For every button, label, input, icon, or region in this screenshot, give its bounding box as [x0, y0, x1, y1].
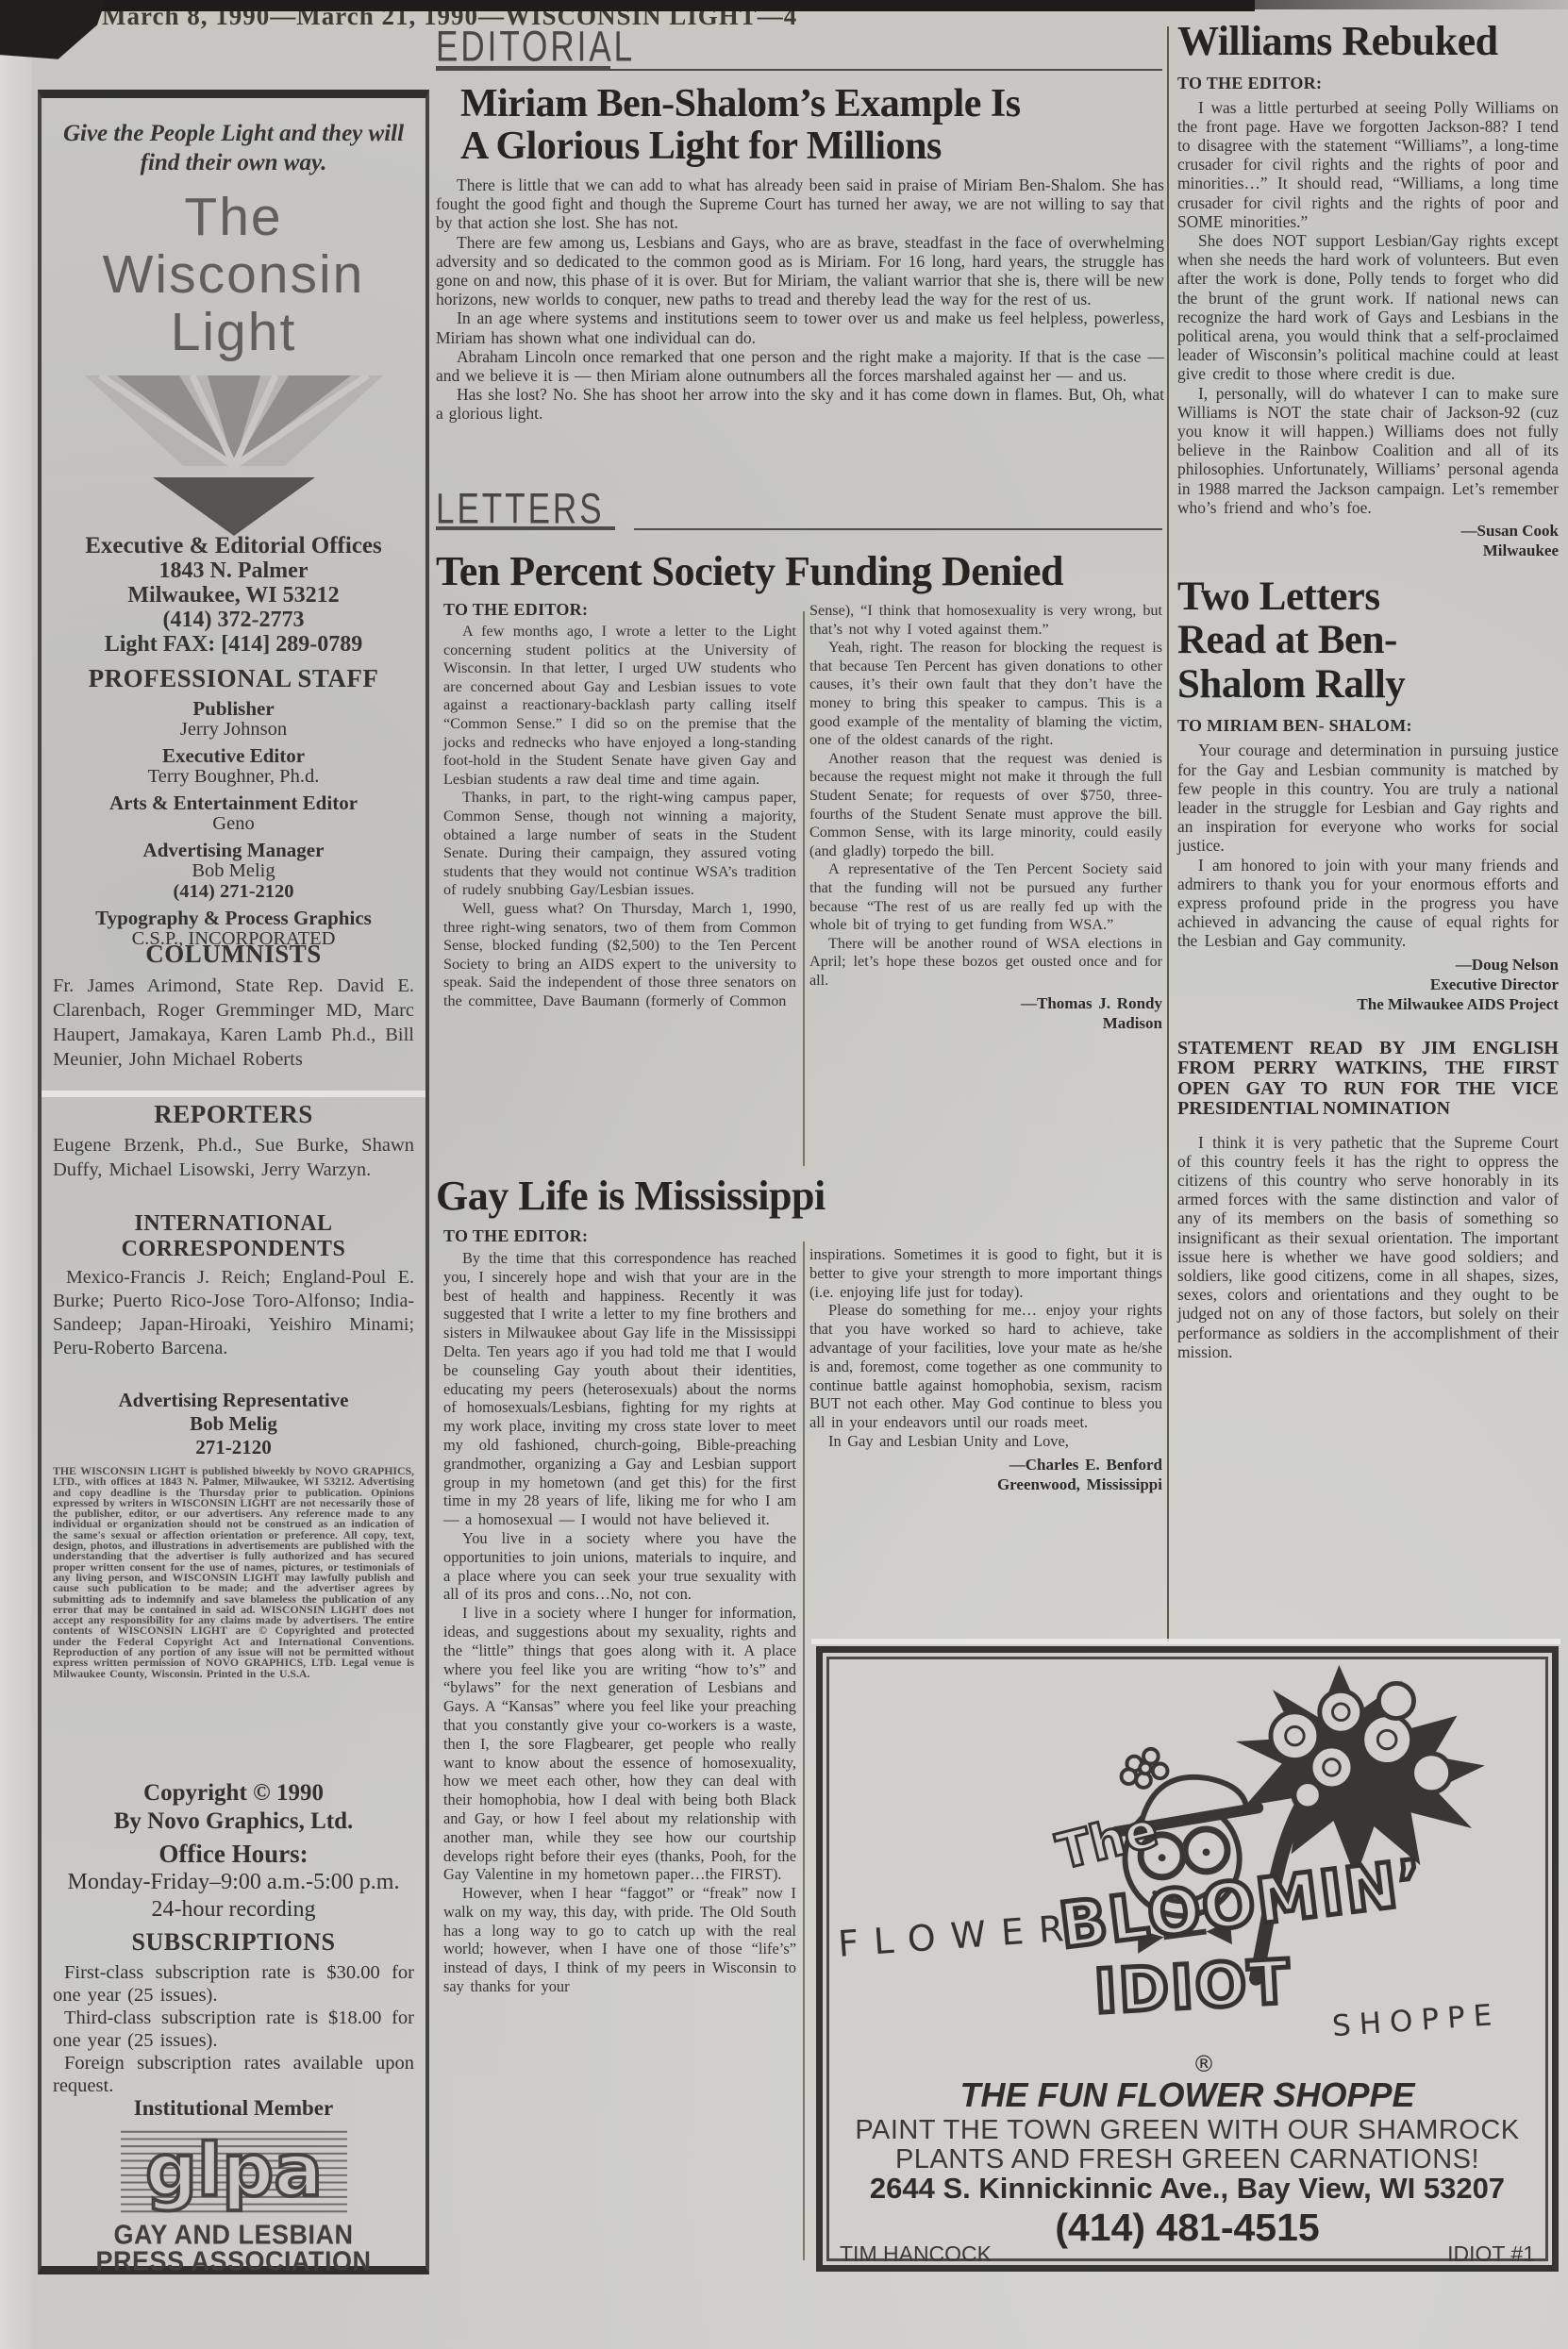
letter-signature: —Thomas J. Rondy	[809, 993, 1162, 1013]
column-divider-gaylife	[803, 1241, 805, 2260]
two-letters-salutation: TO MIRIAM BEN- SHALOM:	[1177, 716, 1559, 736]
ad-credit-left: TIM HANCOCK	[840, 2241, 992, 2267]
letter-paragraph: Please do something for me… enjoy your r…	[809, 1301, 1162, 1432]
gay-life-headline: Gay Life is Mississippi	[436, 1174, 826, 1219]
subscriptions-title: SUBSCRIPTIONS	[53, 1928, 414, 1957]
ten-percent-headline: Ten Percent Society Funding Denied	[436, 549, 1063, 594]
subscription-item: Third-class subscription rate is $18.00 …	[53, 2007, 414, 2052]
editorial-paragraph: There is little that we can add to what …	[436, 175, 1164, 233]
columnists-title: COLUMNISTS	[53, 940, 414, 968]
letter-paragraph: You live in a society where you have the…	[443, 1529, 796, 1604]
letter-signature: —Doug Nelson	[1177, 955, 1559, 975]
international-block: INTERNATIONAL CORRESPONDENTS Mexico-Fran…	[53, 1211, 414, 1360]
editorial-headline: Miriam Ben-Shalom’s Example Is A Gloriou…	[460, 83, 1021, 169]
publication-fine-print: THE WISCONSIN LIGHT is published biweekl…	[53, 1466, 414, 1679]
masthead-motto: Give the People Light and they will find…	[53, 119, 414, 177]
letter-signature-place: Milwaukee	[1177, 541, 1559, 560]
letter-paragraph: However, when I hear “faggot” or “freak”…	[443, 1884, 796, 1996]
bloomin-idiot-ad: The BLOOMIN’ IDIOT FLOWER SHOPPE ® THE F…	[816, 1646, 1559, 2272]
letter-paragraph: A few months ago, I wrote a letter to th…	[443, 623, 796, 789]
letters-rule-thin	[634, 528, 1162, 530]
wisconsin-light-logo-icon	[53, 375, 414, 541]
professional-staff-block: PROFESSIONAL STAFF Publisher Jerry Johns…	[53, 664, 414, 955]
letters-rule-thick	[436, 526, 615, 530]
editorial-paragraph: Has she lost? No. She has shoot her arro…	[436, 385, 1164, 423]
letter-paragraph: I am honored to join with your many frie…	[1177, 856, 1559, 951]
paper-crease	[42, 1091, 425, 1097]
letter-signature: —Charles E. Benford	[809, 1455, 1162, 1474]
staff-role: Arts & Entertainment Editor	[53, 792, 414, 813]
subscription-rates: First-class subscription rate is $30.00 …	[53, 1961, 414, 2097]
reporters-title: REPORTERS	[53, 1100, 414, 1128]
letter-paragraph: By the time that this correspondence has…	[443, 1249, 796, 1529]
office-hours-block: Office Hours: Monday-Friday–9:00 a.m.-5:…	[53, 1840, 414, 1924]
staff-role: Publisher	[53, 698, 414, 719]
editorial-body: There is little that we can add to what …	[436, 175, 1164, 424]
scan-top-edge-fade	[1255, 0, 1568, 9]
columnists-names: Fr. James Arimond, State Rep. David E. C…	[53, 974, 414, 1072]
ad-address: 2644 S. Kinnickinnic Ave., Bay View, WI …	[823, 2172, 1552, 2206]
reporters-block: REPORTERS Eugene Brzenk, Ph.d., Sue Burk…	[53, 1100, 414, 1182]
staff-entry: Publisher Jerry Johnson	[53, 698, 414, 740]
letter-signature-title: Executive Director	[1177, 975, 1559, 994]
copyright-line2: By Novo Graphics, Ltd.	[53, 1808, 414, 1836]
reporters-names: Eugene Brzenk, Ph.d., Sue Burke, Shawn D…	[53, 1133, 414, 1182]
letter-signature: —Susan Cook	[1177, 521, 1559, 541]
offices-block: Executive & Editorial Offices 1843 N. Pa…	[53, 534, 414, 657]
editorial-paragraph: In an age where systems and institutions…	[436, 308, 1164, 346]
williams-salutation: TO THE EDITOR:	[1177, 74, 1559, 93]
right-column: Williams Rebuked TO THE EDITOR: I was a …	[1177, 19, 1559, 1361]
wordmark-line: Light	[53, 304, 414, 361]
subscription-item: Foreign subscription rates available upo…	[53, 2052, 414, 2097]
office-hours-line2: 24-hour recording	[53, 1896, 414, 1924]
statement-body: I think it is very pathetic that the Sup…	[1177, 1133, 1559, 1361]
letter-signature-org: The Milwaukee AIDS Project	[1177, 994, 1559, 1014]
glpa-org-line2: PRESS ASSOCIATION	[53, 2247, 414, 2274]
two-letters-headline-line: Two Letters	[1177, 575, 1559, 619]
statement-heading: STATEMENT READ BY JIM ENGLISH FROM PERRY…	[1177, 1039, 1559, 1120]
editorial-headline-line1: Miriam Ben-Shalom’s Example Is	[460, 83, 1021, 125]
copyright-line1: Copyright © 1990	[53, 1779, 414, 1808]
international-title1: INTERNATIONAL	[53, 1211, 414, 1237]
staff-entry: Arts & Entertainment Editor Geno	[53, 792, 414, 834]
newspaper-page: March 8, 1990—March 21, 1990—WISCONSIN L…	[0, 0, 1568, 2349]
wisconsin-light-wordmark: The Wisconsin Light	[53, 189, 414, 361]
letter-paragraph: Well, guess what? On Thursday, March 1, …	[443, 900, 796, 1011]
letter-paragraph: I was a little perturbed at seeing Polly…	[1177, 98, 1559, 231]
glpa-org-line1: GAY AND LESBIAN	[53, 2221, 414, 2248]
gay-life-column2: inspirations. Sometimes it is good to fi…	[809, 1245, 1162, 1494]
scan-corner-artifact	[0, 0, 106, 62]
scan-top-edge	[0, 0, 1255, 11]
international-names: Mexico-Francis J. Reich; England-Poul E.…	[53, 1266, 414, 1360]
glpa-logo-text: glpa	[144, 2129, 322, 2213]
ad-rep-phone: 271-2120	[53, 1436, 414, 1459]
gay-life-salutation: TO THE EDITOR:	[443, 1226, 588, 1246]
gay-life-column1: By the time that this correspondence has…	[443, 1249, 796, 1996]
letter-paragraph: Sense), “I think that homosexuality is v…	[809, 602, 1162, 639]
letter-paragraph: I, personally, will do whatever I can to…	[1177, 384, 1559, 517]
staff-role: Typography & Process Graphics	[53, 908, 414, 928]
williams-body: I was a little perturbed at seeing Polly…	[1177, 98, 1559, 517]
column-divider-letters	[803, 611, 805, 1166]
subscriptions-block: SUBSCRIPTIONS First-class subscription r…	[53, 1928, 414, 2097]
ad-tagline: THE FUN FLOWER SHOPPE	[823, 2075, 1552, 2115]
staff-entry: Advertising Manager Bob Melig (414) 271-…	[53, 840, 414, 902]
wordmark-line: The	[53, 189, 414, 246]
letter-signature-place: Greenwood, Mississippi	[809, 1474, 1162, 1494]
editorial-rule-thin	[436, 69, 1162, 71]
institutional-member-label: Institutional Member	[53, 2096, 414, 2121]
staff-name: Jerry Johnson	[53, 719, 414, 740]
williams-headline: Williams Rebuked	[1177, 19, 1559, 64]
letter-paragraph: In Gay and Lesbian Unity and Love,	[809, 1432, 1162, 1451]
editorial-headline-line2: A Glorious Light for Millions	[460, 125, 1021, 168]
letter-paragraph: I live in a society where I hunger for i…	[443, 1604, 796, 1884]
offices-phone: (414) 372-2773	[53, 608, 414, 632]
ad-credit-right: IDIOT #1	[1447, 2241, 1535, 2267]
columnists-block: COLUMNISTS Fr. James Arimond, State Rep.…	[53, 940, 414, 1072]
letter-paragraph: A representative of the Ten Percent Soci…	[809, 860, 1162, 934]
scan-left-margin	[0, 0, 32, 2349]
letter-paragraph: Thanks, in part, to the right-wing campu…	[443, 789, 796, 900]
ten-percent-column2: Sense), “I think that homosexuality is v…	[809, 602, 1162, 1033]
staff-title: PROFESSIONAL STAFF	[53, 664, 414, 692]
letter-signature-place: Madison	[809, 1013, 1162, 1033]
staff-phone: (414) 271-2120	[53, 881, 414, 902]
staff-name: Terry Boughner, Ph.d.	[53, 766, 414, 787]
ad-logo-idiot: IDIOT	[1093, 1948, 1293, 2028]
wordmark-line: Wisconsin	[53, 246, 414, 304]
office-hours-line1: Monday-Friday–9:00 a.m.-5:00 p.m.	[53, 1869, 414, 1896]
ad-rep-title: Advertising Representative	[53, 1389, 414, 1412]
two-letters-headline-line: Read at Ben-	[1177, 619, 1559, 662]
glpa-logo-icon: glpa	[121, 2126, 347, 2217]
international-title2: CORRESPONDENTS	[53, 1237, 414, 1262]
ad-registered-mark: ®	[1193, 2051, 1215, 2077]
letter-paragraph: Your courage and determination in pursui…	[1177, 741, 1559, 855]
two-letters-body: Your courage and determination in pursui…	[1177, 741, 1559, 950]
staff-name: Geno	[53, 813, 414, 834]
ad-rep-name: Bob Melig	[53, 1412, 414, 1436]
ad-line1: PAINT THE TOWN GREEN WITH OUR SHAMROCK	[823, 2115, 1552, 2146]
column-divider-right	[1167, 26, 1169, 1641]
editorial-paragraph: Abraham Lincoln once remarked that one p…	[436, 347, 1164, 385]
two-letters-headline: Two Letters Read at Ben- Shalom Rally	[1177, 575, 1559, 707]
letter-paragraph: There will be another round of WSA elect…	[809, 935, 1162, 991]
letter-paragraph: Yeah, right. The reason for blocking the…	[809, 639, 1162, 750]
subscription-item: First-class subscription rate is $30.00 …	[53, 1961, 414, 2007]
copyright-block: Copyright © 1990 By Novo Graphics, Ltd.	[53, 1779, 414, 1836]
ten-percent-column1: A few months ago, I wrote a letter to th…	[443, 623, 796, 1010]
glpa-block: glpa GAY AND LESBIAN PRESS ASSOCIATION	[53, 2126, 414, 2274]
offices-fax: Light FAX: [414] 289-0789	[53, 632, 414, 657]
masthead-sidebar: Give the People Light and they will find…	[38, 90, 429, 2274]
letter-paragraph: Another reason that the request was deni…	[809, 750, 1162, 861]
offices-address2: Milwaukee, WI 53212	[53, 583, 414, 608]
ad-rep-block: Advertising Representative Bob Melig 271…	[53, 1389, 414, 1459]
ad-shoppe-word: SHOPPE	[1331, 1998, 1501, 2043]
statement-paragraph: I think it is very pathetic that the Sup…	[1177, 1133, 1559, 1361]
ten-percent-salutation: TO THE EDITOR:	[443, 600, 588, 620]
offices-title: Executive & Editorial Offices	[53, 534, 414, 558]
paper-crease	[811, 1639, 1560, 1644]
staff-role: Advertising Manager	[53, 840, 414, 860]
letter-paragraph: She does NOT support Lesbian/Gay rights …	[1177, 231, 1559, 384]
staff-entry: Executive Editor Terry Boughner, Ph.d.	[53, 745, 414, 787]
editorial-paragraph: There are few among us, Lesbians and Gay…	[436, 233, 1164, 309]
office-hours-title: Office Hours:	[53, 1840, 414, 1869]
offices-address1: 1843 N. Palmer	[53, 558, 414, 583]
staff-name: Bob Melig	[53, 860, 414, 881]
staff-role: Executive Editor	[53, 745, 414, 766]
letter-paragraph: inspirations. Sometimes it is good to fi…	[809, 1245, 1162, 1301]
two-letters-headline-line: Shalom Rally	[1177, 663, 1559, 707]
